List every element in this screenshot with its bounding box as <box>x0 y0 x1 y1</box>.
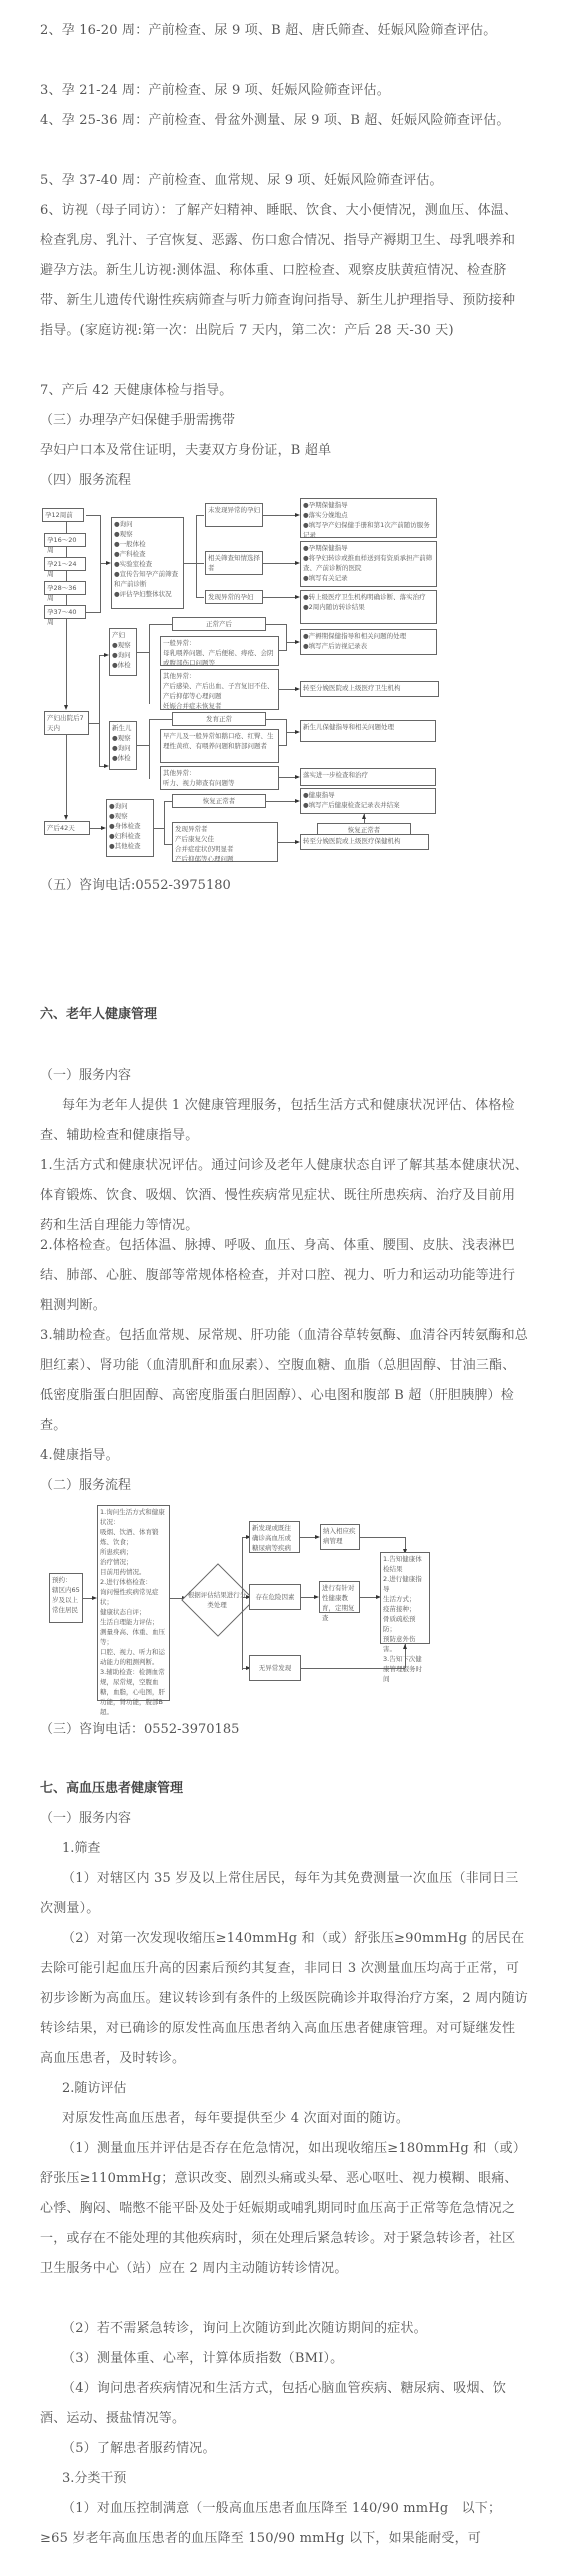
stage-box: 孕28～36周 <box>44 581 86 595</box>
elderly-item-4: 4.健康指导。 <box>40 1441 528 1471</box>
final-guidance-box: 1.告知健康体检结果 2.进行健康指导 生活方式； 疫苗接种； 骨质疏松预防； … <box>380 1552 430 1644</box>
branch-disease-action: 纳入相应疾病管理 <box>320 1524 360 1550</box>
postpartum-42day-action: ●健康指导●填写产后健康检查记录表并结案 <box>300 788 436 814</box>
decision-diamond <box>181 1563 255 1637</box>
elderly-phone: （三）咨询电话：0552-3970185 <box>40 1715 239 1745</box>
mother-normal: 正常产后 <box>172 617 266 631</box>
newborn-other-abnormal: 其他异常： 听力、视力筛查有问题等 <box>160 766 279 790</box>
elderly-item-2: 2.体格检查。包括体温、脉搏、呼吸、血压、身高、体重、腰围、皮肤、浅表淋巴结、肺… <box>40 1231 528 1321</box>
prenatal-check-box: ●询问●观察●一般体检●产科检查●实验室检查●宣传告知孕产前筛查和产前诊断●评估… <box>111 517 184 609</box>
handbook-heading: （三）办理孕产妇保健手册需携带 <box>40 406 235 436</box>
action-normal: ●孕期保健指导●落实分娩地点●填写孕产妇保健手册和第1次产前随访服务记录 <box>300 498 437 538</box>
assessment-steps-box: 1.询问生活方式和健康状况： 吸烟、饮酒、体育锻炼、饮食； 所患疾病； 治疗情况… <box>97 1505 170 1701</box>
handbook-requirements: 孕妇户口本及常住证明，夫妻双方身份证，B 超单 <box>40 436 528 466</box>
prenatal-item-2: 2、孕 16-20 周：产前检查、尿 9 项、B 超、唐氏筛查、妊娠风险筛查评估… <box>40 16 528 46</box>
postpartum-42day-box: 产后42天 <box>44 821 90 835</box>
stage-box: 孕21～24周 <box>44 557 86 571</box>
elderly-item-3: 3.辅助检查。包括血常规、尿常规、肝功能（血清谷草转氨酶、血清谷丙转氨酶和总胆红… <box>40 1321 528 1441</box>
stage-box: 孕12周前 <box>42 508 84 522</box>
hypertension-content-heading: （一）服务内容 <box>40 1804 131 1834</box>
mother-action: ●产褥期保健指导和相关问题的处理●填写产后访视记录表 <box>300 629 437 655</box>
screening-heading: 1.筛查 <box>62 1834 100 1864</box>
intervention-item-1: （1）对血压控制满意（一般高血压患者血压降至 140/90 mmHg 以下；≥6… <box>40 2494 528 2554</box>
stage-box: 孕16～20周 <box>44 533 86 547</box>
branch-disease: 新发现或既往确诊高血压或糖尿病等疾病 <box>249 1521 300 1553</box>
maternal-phone: （五）咨询电话:0552-3975180 <box>40 871 231 901</box>
newborn-normal: 发育正常 <box>172 712 266 726</box>
branch-risk: 存在危险因素 <box>249 1584 301 1610</box>
mother-other-abnormal: 其他异常： 产后感染、产后出血、子宫复旧不佳、产后抑郁等心理问题 妊娠合并症未恢… <box>160 669 279 710</box>
postpartum-item-7: 7、产后 42 天健康体检与指导。 <box>40 376 528 406</box>
branch-no-abnormal: 无异常发现 <box>249 1655 301 1681</box>
screening-item-1: （1）对辖区内 35 岁及以上常住居民，每年为其免费测量一次血压（非同日三次测量… <box>40 1864 528 1924</box>
newborn-box: 新生儿●观察●询问●体检 <box>109 721 137 770</box>
outcome-abnormal: 发现异常的孕妇 <box>205 590 263 604</box>
postpartum-42day-checks: ●询问●观察●身体检查●妇科检查●其他检查 <box>106 799 154 857</box>
elderly-flow-heading: （二）服务流程 <box>40 1471 131 1501</box>
action-abnormal: ●转上级医疗卫生机构明确诊断、落实治疗●2周内随访转诊结果 <box>300 590 437 624</box>
newborn-action: 新生儿保健指导和相关问题处理 <box>300 720 436 742</box>
postpartum-visit-item-6: 6、访视（母子同访）：了解产妇精神、睡眠、饮食、大小便情况，测血压、体温、检查乳… <box>40 196 528 346</box>
recovered-normal-2: 恢复正常者 <box>317 823 411 836</box>
screening-item-2: （2）对第一次发现收缩压≥140mmHg 和（或）舒张压≥90mmHg 的居民在… <box>40 1924 528 2074</box>
postpartum-referral: 转至分娩医院或上级医疗保健机构 <box>300 834 429 850</box>
recovered-normal: 恢复正常者 <box>172 794 266 808</box>
elderly-item-1: 1.生活方式和健康状况评估。通过问诊及老年人健康状态自评了解其基本健康状况、体育… <box>40 1151 528 1241</box>
hypertension-section-title: 七、高血压患者健康管理 <box>40 1774 183 1804</box>
mother-box: 产妇●观察●询问●体检 <box>109 628 137 676</box>
postpartum-7day-box: 产妇出院后7天内 <box>44 711 89 735</box>
followup-item-1: （1）测量血压并评估是否存在危急情况，如出现收缩压≥180mmHg 和（或）舒张… <box>40 2134 528 2284</box>
followup-item-2: （2）若不需紧急转诊，询问上次随访到此次随访期间的症状。 <box>40 2314 528 2344</box>
elderly-section-title: 六、老年人健康管理 <box>40 1000 157 1030</box>
mother-referral: 转至分娩医院或上级医疗卫生机构 <box>300 681 439 697</box>
elderly-content-heading: （一）服务内容 <box>40 1061 131 1091</box>
followup-item-3: （3）测量体重、心率，计算体质指数（BMI）。 <box>40 2344 528 2374</box>
prenatal-item-3: 3、孕 21-24 周：产前检查、尿 9 项、妊娠风险筛查评估。 <box>40 76 528 106</box>
outcome-screening: 相关筛查知情选择者 <box>205 551 263 575</box>
newborn-further: 落实进一步检查和治疗 <box>300 768 436 786</box>
decision-text: 根据评估结果进行分类处理 <box>186 1590 248 1610</box>
followup-item-4: （4）询问患者疾病情况和生活方式，包括心脑血管疾病、糖尿病、吸烟、饮酒、运动、摄… <box>40 2374 528 2434</box>
action-screening: ●孕期保健指导●将孕妇转诊或推血样送到有资质承担产前筛查、产前诊断的医院●填写有… <box>300 541 437 587</box>
maternal-flow-heading: （四）服务流程 <box>40 466 131 496</box>
followup-heading: 2.随访评估 <box>62 2074 126 2104</box>
prenatal-item-4: 4、孕 25-36 周：产前检查、骨盆外测量、尿 9 项、B 超、妊娠风险筛查评… <box>40 106 528 136</box>
mother-general-abnormal: 一般异常： 母乳喂养问题、产后便秘、痔疮、会阴或腹部伤口问题等 <box>160 636 279 666</box>
prenatal-item-5: 5、孕 37-40 周：产前检查、血常规、尿 9 项、妊娠风险筛查评估。 <box>40 166 528 196</box>
followup-intro: 对原发性高血压患者，每年要提供至少 4 次面对面的随访。 <box>40 2104 528 2134</box>
stage-box: 孕37～40周 <box>44 605 86 619</box>
branch-risk-action: 进行有针对性健康教育，定期复查 <box>319 1581 360 1613</box>
elderly-intro: 每年为老年人提供 1 次健康管理服务，包括生活方式和健康状况评估、体格检查、辅助… <box>40 1091 528 1151</box>
newborn-general-abnormal: 早产儿及一般异常如鹅口疮、红臀、生理性黄疸、有喂养问题和脐部问题者 <box>160 729 279 763</box>
appointment-box: 预约： 辖区内65岁及以上常住居民 <box>49 1573 83 1623</box>
intervention-heading: 3.分类干预 <box>62 2464 126 2494</box>
postpartum-abnormal: 发现异常者 产后康复欠佳 合并症症状仍明显者 产后抑郁等心理问题 <box>172 822 278 862</box>
outcome-normal: 未发现异常的孕妇 <box>205 503 263 527</box>
followup-item-5: （5）了解患者服药情况。 <box>40 2434 528 2464</box>
